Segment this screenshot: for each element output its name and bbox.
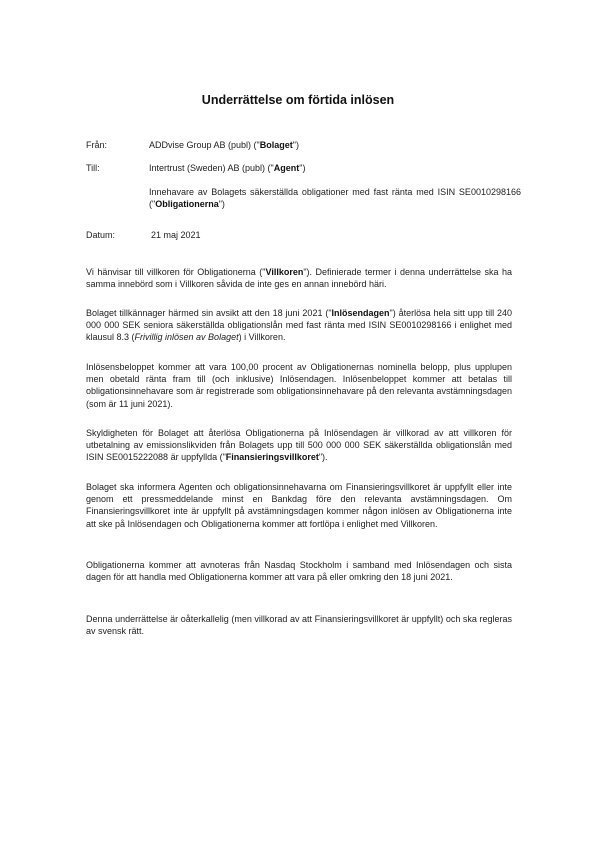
- to-value-close: "): [299, 163, 305, 173]
- paragraph-6: Obligationerna kommer att avnoteras från…: [86, 559, 512, 583]
- p2-defined-term: Inlösendagen: [332, 308, 390, 318]
- p4-text-end: ").: [319, 452, 328, 462]
- paragraph-2: Bolaget tillkännager härmed sin avsikt a…: [86, 307, 512, 344]
- to-defined-term: Agent: [274, 163, 300, 173]
- holders-close: "): [219, 199, 225, 209]
- to-value-text: Intertrust (Sweden) AB (publ) (": [149, 163, 274, 173]
- p2-text: Bolaget tillkännager härmed sin avsikt a…: [86, 308, 332, 318]
- date-value: 21 maj 2021: [151, 229, 523, 241]
- p4-defined-term: Finansieringsvillkoret: [226, 452, 319, 462]
- p2-text-end: ) i Villkoren.: [239, 332, 286, 342]
- paragraph-1: Vi hänvisar till villkoren för Obligatio…: [86, 266, 512, 290]
- from-defined-term: Bolaget: [260, 140, 293, 150]
- from-value: ADDvise Group AB (publ) ("Bolaget"): [149, 139, 521, 151]
- holders-value: Innehavare av Bolagets säkerställda obli…: [149, 186, 521, 210]
- holders-defined-term: Obligationerna: [155, 199, 219, 209]
- from-value-close: "): [293, 140, 299, 150]
- from-value-text: ADDvise Group AB (publ) (": [149, 140, 260, 150]
- from-label: Från:: [86, 139, 146, 151]
- to-value: Intertrust (Sweden) AB (publ) ("Agent"): [149, 162, 521, 174]
- paragraph-7: Denna underrättelse är oåterkallelig (me…: [86, 613, 512, 637]
- p2-clause-title: Frivillig inlösen av Bolaget: [135, 332, 239, 342]
- document-title: Underrättelse om förtida inlösen: [0, 93, 596, 107]
- paragraph-3: Inlösensbeloppet kommer att vara 100,00 …: [86, 361, 512, 410]
- paragraph-5: Bolaget ska informera Agenten och obliga…: [86, 481, 512, 530]
- date-label: Datum:: [86, 229, 146, 241]
- p1-defined-term: Villkoren: [265, 267, 303, 277]
- p1-text: Vi hänvisar till villkoren för Obligatio…: [86, 267, 265, 277]
- paragraph-4: Skyldigheten för Bolaget att återlösa Ob…: [86, 427, 512, 464]
- to-label: Till:: [86, 162, 146, 174]
